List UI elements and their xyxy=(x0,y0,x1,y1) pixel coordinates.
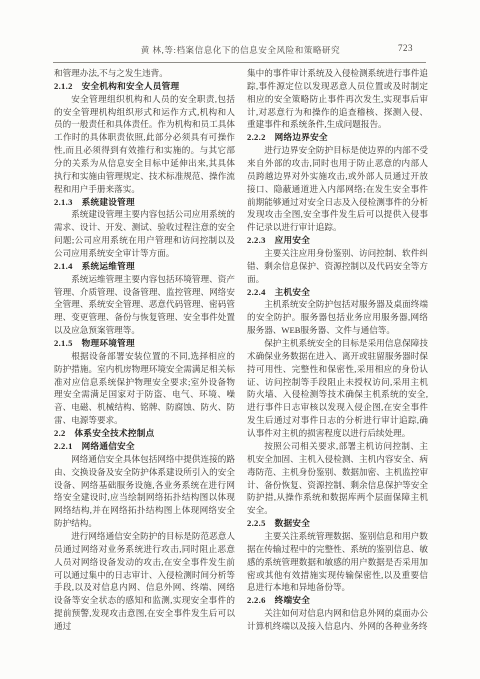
section-heading: 2.1.2 安全机构和安全人员管理 xyxy=(54,80,235,93)
paragraph: 进行边界安全防护目标是使边界的内部不受来自外部的攻击,同时也用于防止恶意的内部人… xyxy=(247,144,428,234)
section-heading: 2.2.1 网络通信安全 xyxy=(54,440,235,453)
section-heading: 2.2.5 数据安全 xyxy=(247,517,428,530)
page-number: 723 xyxy=(398,43,413,53)
paragraph: 系统建设管理主要内容包括公司应用系统的需求、设计、开发、测试、验收过程注意的安全… xyxy=(54,208,235,259)
paragraph: 按照公司相关要求,部署主机访问控制、主机安全加固、主机入侵检测、主机内容安全、病… xyxy=(247,440,428,517)
section-heading: 2.2.6 终端安全 xyxy=(247,594,428,607)
paragraph: 主要关注应用身份鉴别、访问控制、软件纠错、剩余信息保护、资源控制以及代码安全等方… xyxy=(247,247,428,286)
paragraph: 网络通信安全具体包括网络中提供连接的路由、交换设备及安全防护体系建设所引入的安全… xyxy=(54,453,235,530)
paragraph: 和管理办法,不与之发生违背。 xyxy=(54,67,235,80)
running-head: 黄 林,等:档案信息化下的信息安全风险和策略研究 723 xyxy=(54,43,427,58)
running-head-title: 黄 林,等:档案信息化下的信息安全风险和策略研究 xyxy=(54,44,427,56)
paragraph: 进行网络通信安全防护的目标是防范恶意人员通过网络对业务系统进行攻击,同时阻止恶意… xyxy=(54,530,235,633)
journal-page: 黄 林,等:档案信息化下的信息安全风险和策略研究 723 和管理办法,不与之发生… xyxy=(0,0,480,679)
section-heading: 2.2 体系安全技术控制点 xyxy=(54,427,235,440)
paragraph: 集中的事件审计系统及入侵检测系统进行事件追踪,事件源定位以发现恶意人员位置或及时… xyxy=(247,67,428,131)
left-column: 和管理办法,不与之发生违背。2.1.2 安全机构和安全人员管理安全管理组织机构和… xyxy=(54,67,235,633)
paragraph: 保护主机系统安全的目标是采用信息保障技术确保业务数据在进入、离开或驻留服务器时保… xyxy=(247,337,428,440)
section-heading: 2.2.4 主机安全 xyxy=(247,286,428,299)
paragraph: 主机系统安全防护包括对服务器及桌面终端的安全防护。服务器包括业务应用服务器,网络… xyxy=(247,298,428,337)
section-heading: 2.1.5 物理环境管理 xyxy=(54,337,235,350)
paragraph: 主要关注系统管理数据、鉴别信息和用户数据在传输过程中的完整性、系统的鉴别信息、敏… xyxy=(247,530,428,594)
section-heading: 2.1.4 系统运维管理 xyxy=(54,260,235,273)
header-rule xyxy=(53,62,426,63)
right-column: 集中的事件审计系统及入侵检测系统进行事件追踪,事件源定位以发现恶意人员位置或及时… xyxy=(247,67,428,633)
paragraph: 系统运维管理主要内容包括环境管理、资产管理、介质管理、设备管理、监控管理、网络安… xyxy=(54,273,235,337)
paragraph: 根据设备部署安装位置的不同,选择相应的防护措施。室内机房物理环境安全需满足相关标… xyxy=(54,350,235,427)
paragraph: 关注如何对信息内网和信息外网的桌面办公计算机终端以及接入信息内、外网的各种业务终 xyxy=(247,607,428,633)
section-heading: 2.2.2 网络边界安全 xyxy=(247,131,428,144)
section-heading: 2.1.3 系统建设管理 xyxy=(54,196,235,209)
section-heading: 2.2.3 应用安全 xyxy=(247,234,428,247)
paragraph: 安全管理组织机构和人员的安全职责,包括的安全管理机构组织形式和运作方式,机构和人… xyxy=(54,93,235,196)
